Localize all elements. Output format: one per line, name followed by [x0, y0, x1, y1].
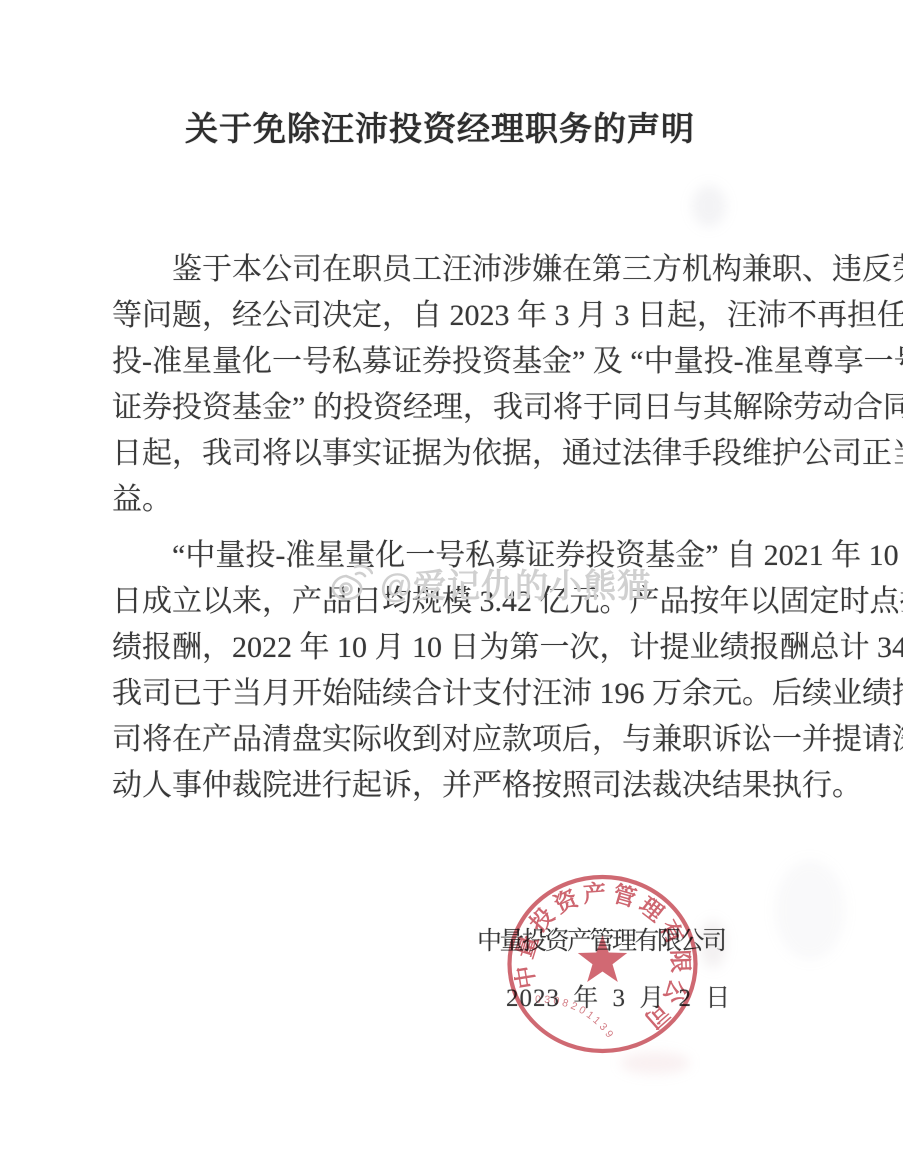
body-line: 投-准星量化一号私募证券投资基金” 及 “中量投-准星尊享一号私募	[112, 339, 792, 385]
body-line: “中量投-准星量化一号私募证券投资基金” 自 2021 年 10 月 20	[112, 533, 792, 579]
body-line: 我司已于当月开始陆续合计支付汪沛 196 万余元。后续业绩报酬，我	[112, 671, 792, 717]
body-line: 益。	[112, 477, 792, 523]
paragraph-1: 鉴于本公司在职员工汪沛涉嫌在第三方机构兼职、违反劳动合同 等问题，经公司决定，自…	[112, 247, 792, 523]
body-line: 鉴于本公司在职员工汪沛涉嫌在第三方机构兼职、违反劳动合同	[112, 247, 792, 293]
body-line: 司将在产品清盘实际收到对应款项后，与兼职诉讼一并提请深圳市劳	[112, 717, 792, 763]
body-line: 绩报酬，2022 年 10 月 10 日为第一次，计提业绩报酬总计 344 万元…	[112, 625, 792, 671]
seal-star-icon	[578, 935, 627, 982]
document-title: 关于免除汪沛投资经理职务的声明	[0, 103, 880, 150]
body-line: 日成立以来，产品日均规模 3.42 亿元。产品按年以固定时点提取业	[112, 579, 792, 625]
body-line: 证券投资基金” 的投资经理，我司将于同日与其解除劳动合同。从即	[112, 385, 792, 431]
body-line: 动人事仲裁院进行起诉，并严格按照司法裁决结果执行。	[112, 763, 792, 809]
scanned-statement-page: 关于免除汪沛投资经理职务的声明 鉴于本公司在职员工汪沛涉嫌在第三方机构兼职、违反…	[0, 0, 903, 1168]
company-seal-stamp: 中量投资产管理有限公司 03082011397	[502, 867, 702, 1067]
document-body: 鉴于本公司在职员工汪沛涉嫌在第三方机构兼职、违反劳动合同 等问题，经公司决定，自…	[112, 247, 792, 809]
scan-smudge	[692, 185, 726, 227]
scan-smudge	[775, 860, 845, 960]
paragraph-2: “中量投-准星量化一号私募证券投资基金” 自 2021 年 10 月 20 日成…	[112, 533, 792, 809]
body-line: 日起，我司将以事实证据为依据，通过法律手段维护公司正当合法权	[112, 431, 792, 477]
body-line: 等问题，经公司决定，自 2023 年 3 月 3 日起，汪沛不再担任“中量	[112, 293, 792, 339]
